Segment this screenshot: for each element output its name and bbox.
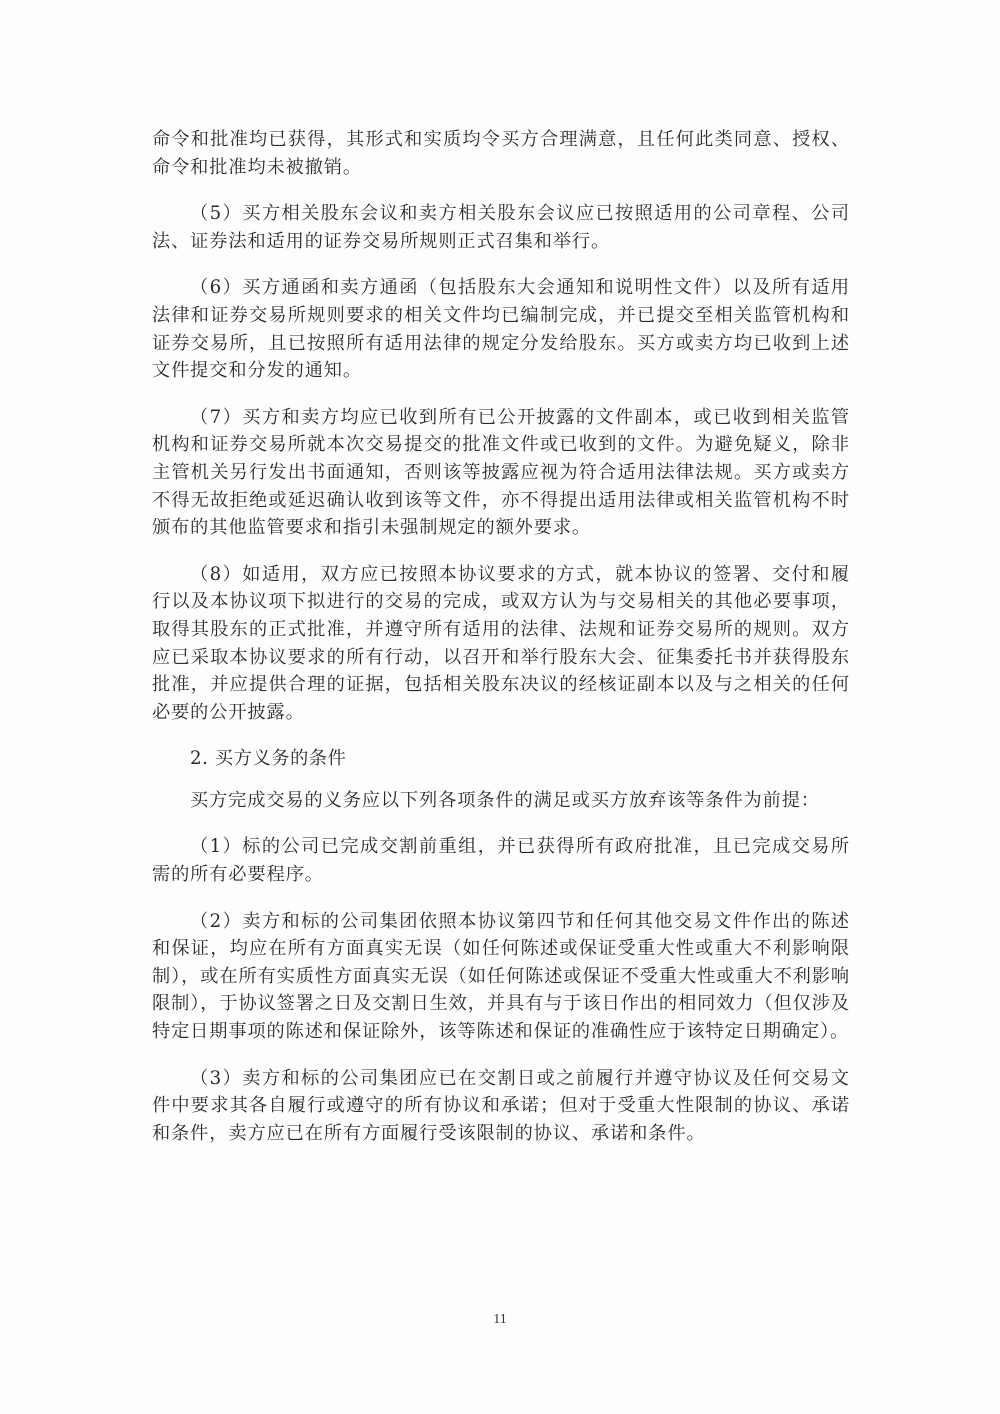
paragraph-continuation: 命令和批准均已获得，其形式和实质均令买方合理满意，且任何此类同意、授权、命令和批… — [152, 126, 850, 181]
paragraph-clause-5: （5）买方相关股东会议和卖方相关股东会议应已按照适用的公司章程、公司法、证券法和… — [152, 200, 850, 255]
paragraph-buyer-condition-1: （1）标的公司已完成交割前重组，并已获得所有政府批准，且已完成交易所需的所有必要… — [152, 833, 850, 888]
section-heading: 2. 买方义务的条件 — [152, 745, 850, 773]
document-page: 命令和批准均已获得，其形式和实质均令买方合理满意，且任何此类同意、授权、命令和批… — [0, 0, 1000, 1414]
page-number: 11 — [0, 1312, 1000, 1328]
paragraph-buyer-condition-2: （2）卖方和标的公司集团依照本协议第四节和任何其他交易文件作出的陈述和保证，均应… — [152, 908, 850, 1046]
section-intro: 买方完成交易的义务应以下列各项条件的满足或买方放弃该等条件为前提： — [152, 787, 850, 815]
paragraph-clause-6: （6）买方通函和卖方通函（包括股东大会通知和说明性文件）以及所有适用法律和证券交… — [152, 274, 850, 384]
paragraph-buyer-condition-3: （3）卖方和标的公司集团应已在交割日或之前履行并遵守协议及任何交易文件中要求其各… — [152, 1065, 850, 1148]
document-body: 命令和批准均已获得，其形式和实质均令买方合理满意，且任何此类同意、授权、命令和批… — [152, 126, 850, 1166]
paragraph-clause-7: （7）买方和卖方均应已收到所有已公开披露的文件副本，或已收到相关监管机构和证券交… — [152, 404, 850, 542]
paragraph-clause-8: （8）如适用，双方应已按照本协议要求的方式，就本协议的签署、交付和履行以及本协议… — [152, 561, 850, 727]
